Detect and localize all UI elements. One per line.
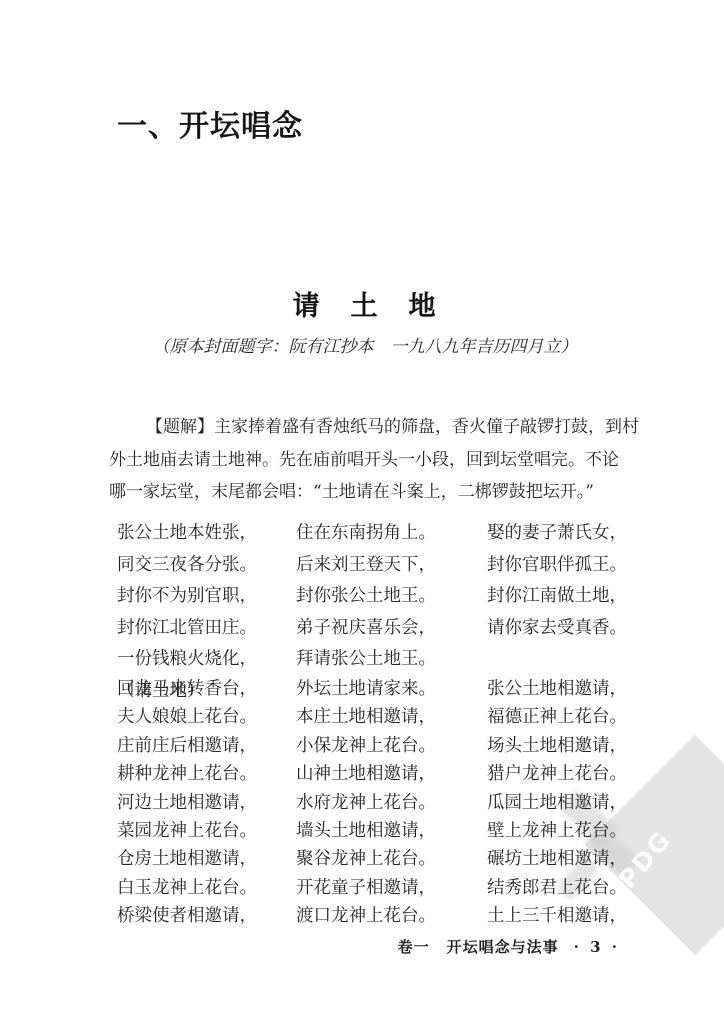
verse-line: 福德正神上花台。 (487, 703, 627, 731)
verse-column-3: 娶的妻子萧氏女，封你官职伴孤王。封你江南做土地，请你家去受真香。 (487, 518, 627, 644)
verse-line: 山神土地相邀请， (296, 760, 436, 788)
chapter-heading: 一、开坛唱念 (117, 101, 303, 145)
verse-line: 回龙马来转香台， (117, 675, 257, 703)
verse-line: 同交三夜各分张。 (117, 550, 257, 582)
verse-line: 封你张公土地王。 (296, 581, 436, 613)
verse-line: 后来刘王登天下， (296, 550, 436, 582)
footer-section-title: 开坛唱念与法事 (447, 938, 559, 956)
verse-line: 碾坊土地相邀请， (487, 845, 627, 873)
verse-line: 一份钱粮火烧化， (117, 644, 257, 676)
source-note: （原本封面题字：阮有江抄本 一九八九年吉历四月立） (110, 332, 620, 357)
verse-line: 场头土地相邀请， (487, 732, 627, 760)
verse-line: 小保龙神上花台。 (296, 732, 436, 760)
verse-line: 娶的妻子萧氏女， (487, 518, 627, 550)
verse-line: 猎户龙神上花台。 (487, 760, 627, 788)
verse-line: 开花童子相邀请， (296, 874, 436, 902)
verse-line: 瓜园土地相邀请， (487, 789, 627, 817)
verse-line: 请你家去受真香。 (487, 613, 627, 645)
verse-line: 拜请张公土地王。 (296, 644, 436, 676)
verse-line: 本庄土地相邀请， (296, 703, 436, 731)
verse-line: 张公土地本姓张， (117, 518, 257, 550)
section-title: 请 土 地 (293, 291, 438, 322)
verse-line: 白玉龙神上花台。 (117, 874, 257, 902)
verse-line: 菜园龙神上花台。 (117, 817, 257, 845)
verse-line: 聚谷龙神上花台。 (296, 845, 436, 873)
verse-line: 结秀郎君上花台。 (487, 874, 627, 902)
annotation-line: 哪一家坛堂，末尾都会唱：“土地请在斗案上，二梆锣鼓把坛开。” (109, 476, 623, 509)
verse-line: 庄前庄后相邀请， (117, 732, 257, 760)
verse-line: 水府龙神上花台。 (296, 789, 436, 817)
verse-line: 封你江南做土地， (487, 581, 627, 613)
page-footer: 卷一开坛唱念与法事· 3 · (0, 936, 620, 957)
verse-line: 耕种龙神上花台。 (117, 760, 257, 788)
verse-line: 张公土地相邀请， (487, 675, 627, 703)
annotation-line: 【题解】主家捧着盛有香烛纸马的筛盘，香火僮子敲锣打鼓，到村 (109, 411, 623, 444)
verse-line: 封你江北管田庄。 (117, 613, 257, 645)
verse-column-3: 张公土地相邀请，福德正神上花台。场头土地相邀请，猎户龙神上花台。瓜园土地相邀请，… (487, 675, 627, 931)
verse-column-2: 外坛土地请家来。本庄土地相邀请，小保龙神上花台。山神土地相邀请，水府龙神上花台。… (296, 675, 436, 931)
verse-line: 仓房土地相邀请， (117, 845, 257, 873)
book-page: PDG 一、开坛唱念 请 土 地 （原本封面题字：阮有江抄本 一九八九年吉历四月… (0, 0, 724, 1024)
verse-column-2: 住在东南拐角上。后来刘王登天下，封你张公土地王。弟子祝庆喜乐会，拜请张公土地王。 (296, 518, 436, 676)
verse-line: 弟子祝庆喜乐会， (296, 613, 436, 645)
verse-line: 渡口龙神上花台。 (296, 902, 436, 930)
verse-line: 墙头土地相邀请， (296, 817, 436, 845)
verse-column-1: 回龙马来转香台，夫人娘娘上花台。庄前庄后相邀请，耕种龙神上花台。河边土地相邀请，… (117, 675, 257, 931)
verse-line: 住在东南拐角上。 (296, 518, 436, 550)
verse-line: 壁上龙神上花台。 (487, 817, 627, 845)
verse-line: 夫人娘娘上花台。 (117, 703, 257, 731)
verse-line: 封你官职伴孤王。 (487, 550, 627, 582)
annotation-paragraph: 【题解】主家捧着盛有香烛纸马的筛盘，香火僮子敲锣打鼓，到村外土地庙去请土地神。先… (109, 411, 623, 509)
footer-volume: 卷一 (398, 938, 430, 956)
verse-line: 桥梁使者相邀请， (117, 902, 257, 930)
annotation-line: 外土地庙去请土地神。先在庙前唱开头一小段，回到坛堂唱完。不论 (109, 444, 623, 477)
verse-line: 外坛土地请家来。 (296, 675, 436, 703)
verse-line: 封你不为别官职， (117, 581, 257, 613)
verse-line: 土上三千相邀请， (487, 902, 627, 930)
footer-page-number: · 3 · (574, 938, 620, 956)
verse-line: 河边土地相邀请， (117, 789, 257, 817)
